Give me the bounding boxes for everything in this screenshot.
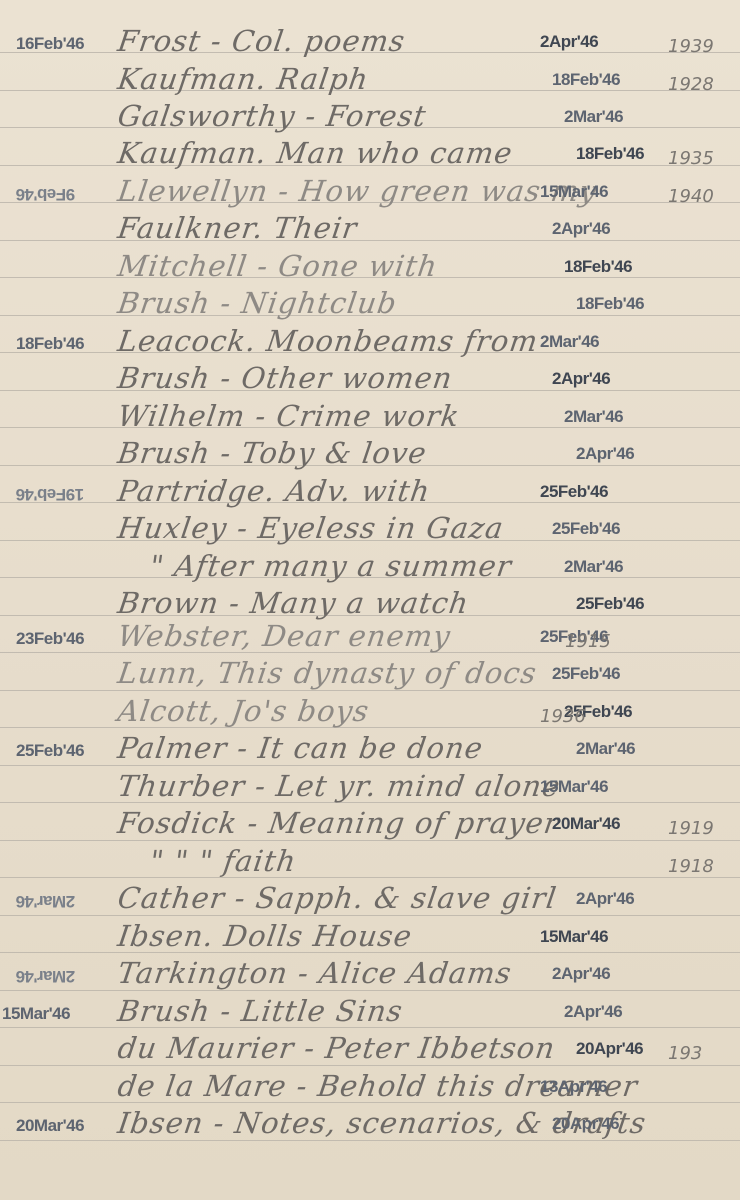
return-date-stamp: 2Apr'46: [576, 444, 634, 464]
checkout-date-stamp: 15Mar'46: [2, 1004, 70, 1024]
ruled-line: [0, 877, 740, 878]
checkout-date-stamp: 2Mar'46: [16, 891, 75, 911]
book-title-handwritten: Brush - Other women: [116, 361, 455, 395]
book-title-handwritten: Faulkner. Their: [116, 211, 360, 245]
return-date-stamp: 2Mar'46: [576, 739, 635, 759]
book-title-handwritten: Galsworthy - Forest: [116, 99, 429, 133]
return-date-stamp: 15Mar'46: [540, 927, 608, 947]
publication-year-note: 193: [668, 1043, 702, 1064]
publication-year-note: 1935: [668, 148, 714, 169]
ruled-line: [0, 727, 740, 728]
checkout-date-stamp: 19Feb'46: [16, 484, 84, 504]
publication-year-note: 1918: [668, 856, 714, 877]
return-date-stamp: 25Feb'46: [552, 519, 620, 539]
book-title-handwritten: Mitchell - Gone with: [116, 249, 440, 283]
book-title-handwritten: Ibsen. Dolls House: [116, 919, 415, 953]
ledger-page: 16Feb'46Frost - Col. poems2Apr'461939Kau…: [0, 0, 740, 1200]
return-date-stamp: 18Feb'46: [576, 294, 644, 314]
book-title-handwritten: Brush - Nightclub: [116, 286, 400, 320]
book-title-handwritten: Wilhelm - Crime work: [116, 399, 462, 433]
book-title-handwritten: Frost - Col. poems: [116, 24, 408, 58]
book-title-handwritten: Huxley - Eyeless in Gaza: [116, 511, 506, 545]
book-title-handwritten: du Maurier - Peter Ibbetson: [116, 1031, 558, 1065]
return-date-stamp: 15Mar'46: [540, 182, 608, 202]
publication-year-note: 1919: [668, 818, 714, 839]
return-date-stamp: 2Mar'46: [564, 407, 623, 427]
checkout-date-stamp: 20Mar'46: [16, 1116, 84, 1136]
book-title-handwritten: Cather - Sapph. & slave girl: [116, 881, 559, 915]
return-date-stamp: 2Apr'46: [576, 889, 634, 909]
book-title-handwritten: Palmer - It can be done: [116, 731, 486, 765]
book-title-handwritten: Thurber - Let yr. mind alone: [116, 769, 563, 803]
book-title-handwritten: Alcott, Jo's boys: [116, 694, 372, 728]
publication-year-note: 1936: [540, 706, 586, 727]
book-title-handwritten: Llewellyn - How green was my: [116, 174, 600, 208]
checkout-date-stamp: 18Feb'46: [16, 334, 84, 354]
return-date-stamp: 20Apr'46: [576, 1039, 643, 1059]
ruled-line: [0, 90, 740, 91]
ruled-line: [0, 240, 740, 241]
book-title-handwritten: Tarkington - Alice Adams: [116, 956, 514, 990]
checkout-date-stamp: 2Mar'46: [16, 966, 75, 986]
return-date-stamp: 18Feb'46: [576, 144, 644, 164]
checkout-date-stamp: 9Feb'46: [16, 184, 75, 204]
return-date-stamp: 2Apr'46: [552, 219, 610, 239]
publication-year-note: 1939: [668, 36, 714, 57]
book-title-handwritten: Webster, Dear enemy: [116, 619, 453, 653]
publication-year-note: 1940: [668, 186, 714, 207]
book-title-handwritten: Kaufman. Man who came: [116, 136, 515, 170]
book-title-handwritten: Fosdick - Meaning of prayer: [116, 806, 562, 840]
return-date-stamp: 18Feb'46: [564, 257, 632, 277]
return-date-stamp: 2Mar'46: [564, 557, 623, 577]
return-date-stamp: 25Feb'46: [540, 482, 608, 502]
book-title-handwritten: Lunn, This dynasty of docs: [116, 656, 540, 690]
publication-year-note: 1928: [668, 74, 714, 95]
book-title-handwritten: Brown - Many a watch: [116, 586, 472, 620]
return-date-stamp: 25Feb'46: [552, 664, 620, 684]
return-date-stamp: 15Mar'46: [540, 777, 608, 797]
return-date-stamp: 2Mar'46: [564, 107, 623, 127]
return-date-stamp: 18Feb'46: [552, 70, 620, 90]
return-date-stamp: 2Apr'46: [552, 369, 610, 389]
return-date-stamp: 25Feb'46: [576, 594, 644, 614]
book-title-handwritten: Leacock. Moonbeams from: [116, 324, 541, 358]
return-date-stamp: 2Mar'46: [540, 332, 599, 352]
checkout-date-stamp: 25Feb'46: [16, 741, 84, 761]
publication-year-note: 1915: [565, 631, 611, 652]
return-date-stamp: 13Apr'46: [540, 1077, 607, 1097]
return-date-stamp: 20Apr'46: [552, 1114, 619, 1134]
book-title-handwritten: Brush - Little Sins: [116, 994, 406, 1028]
book-title-handwritten: " " " faith: [148, 844, 299, 878]
return-date-stamp: 2Apr'46: [540, 32, 598, 52]
book-title-handwritten: Brush - Toby & love: [116, 436, 429, 470]
return-date-stamp: 2Apr'46: [552, 964, 610, 984]
book-title-handwritten: Partridge. Adv. with: [116, 474, 433, 508]
book-title-handwritten: " After many a summer: [148, 549, 515, 583]
checkout-date-stamp: 16Feb'46: [16, 34, 84, 54]
return-date-stamp: 20Mar'46: [552, 814, 620, 834]
book-title-handwritten: Kaufman. Ralph: [116, 62, 371, 96]
checkout-date-stamp: 23Feb'46: [16, 629, 84, 649]
return-date-stamp: 2Apr'46: [564, 1002, 622, 1022]
